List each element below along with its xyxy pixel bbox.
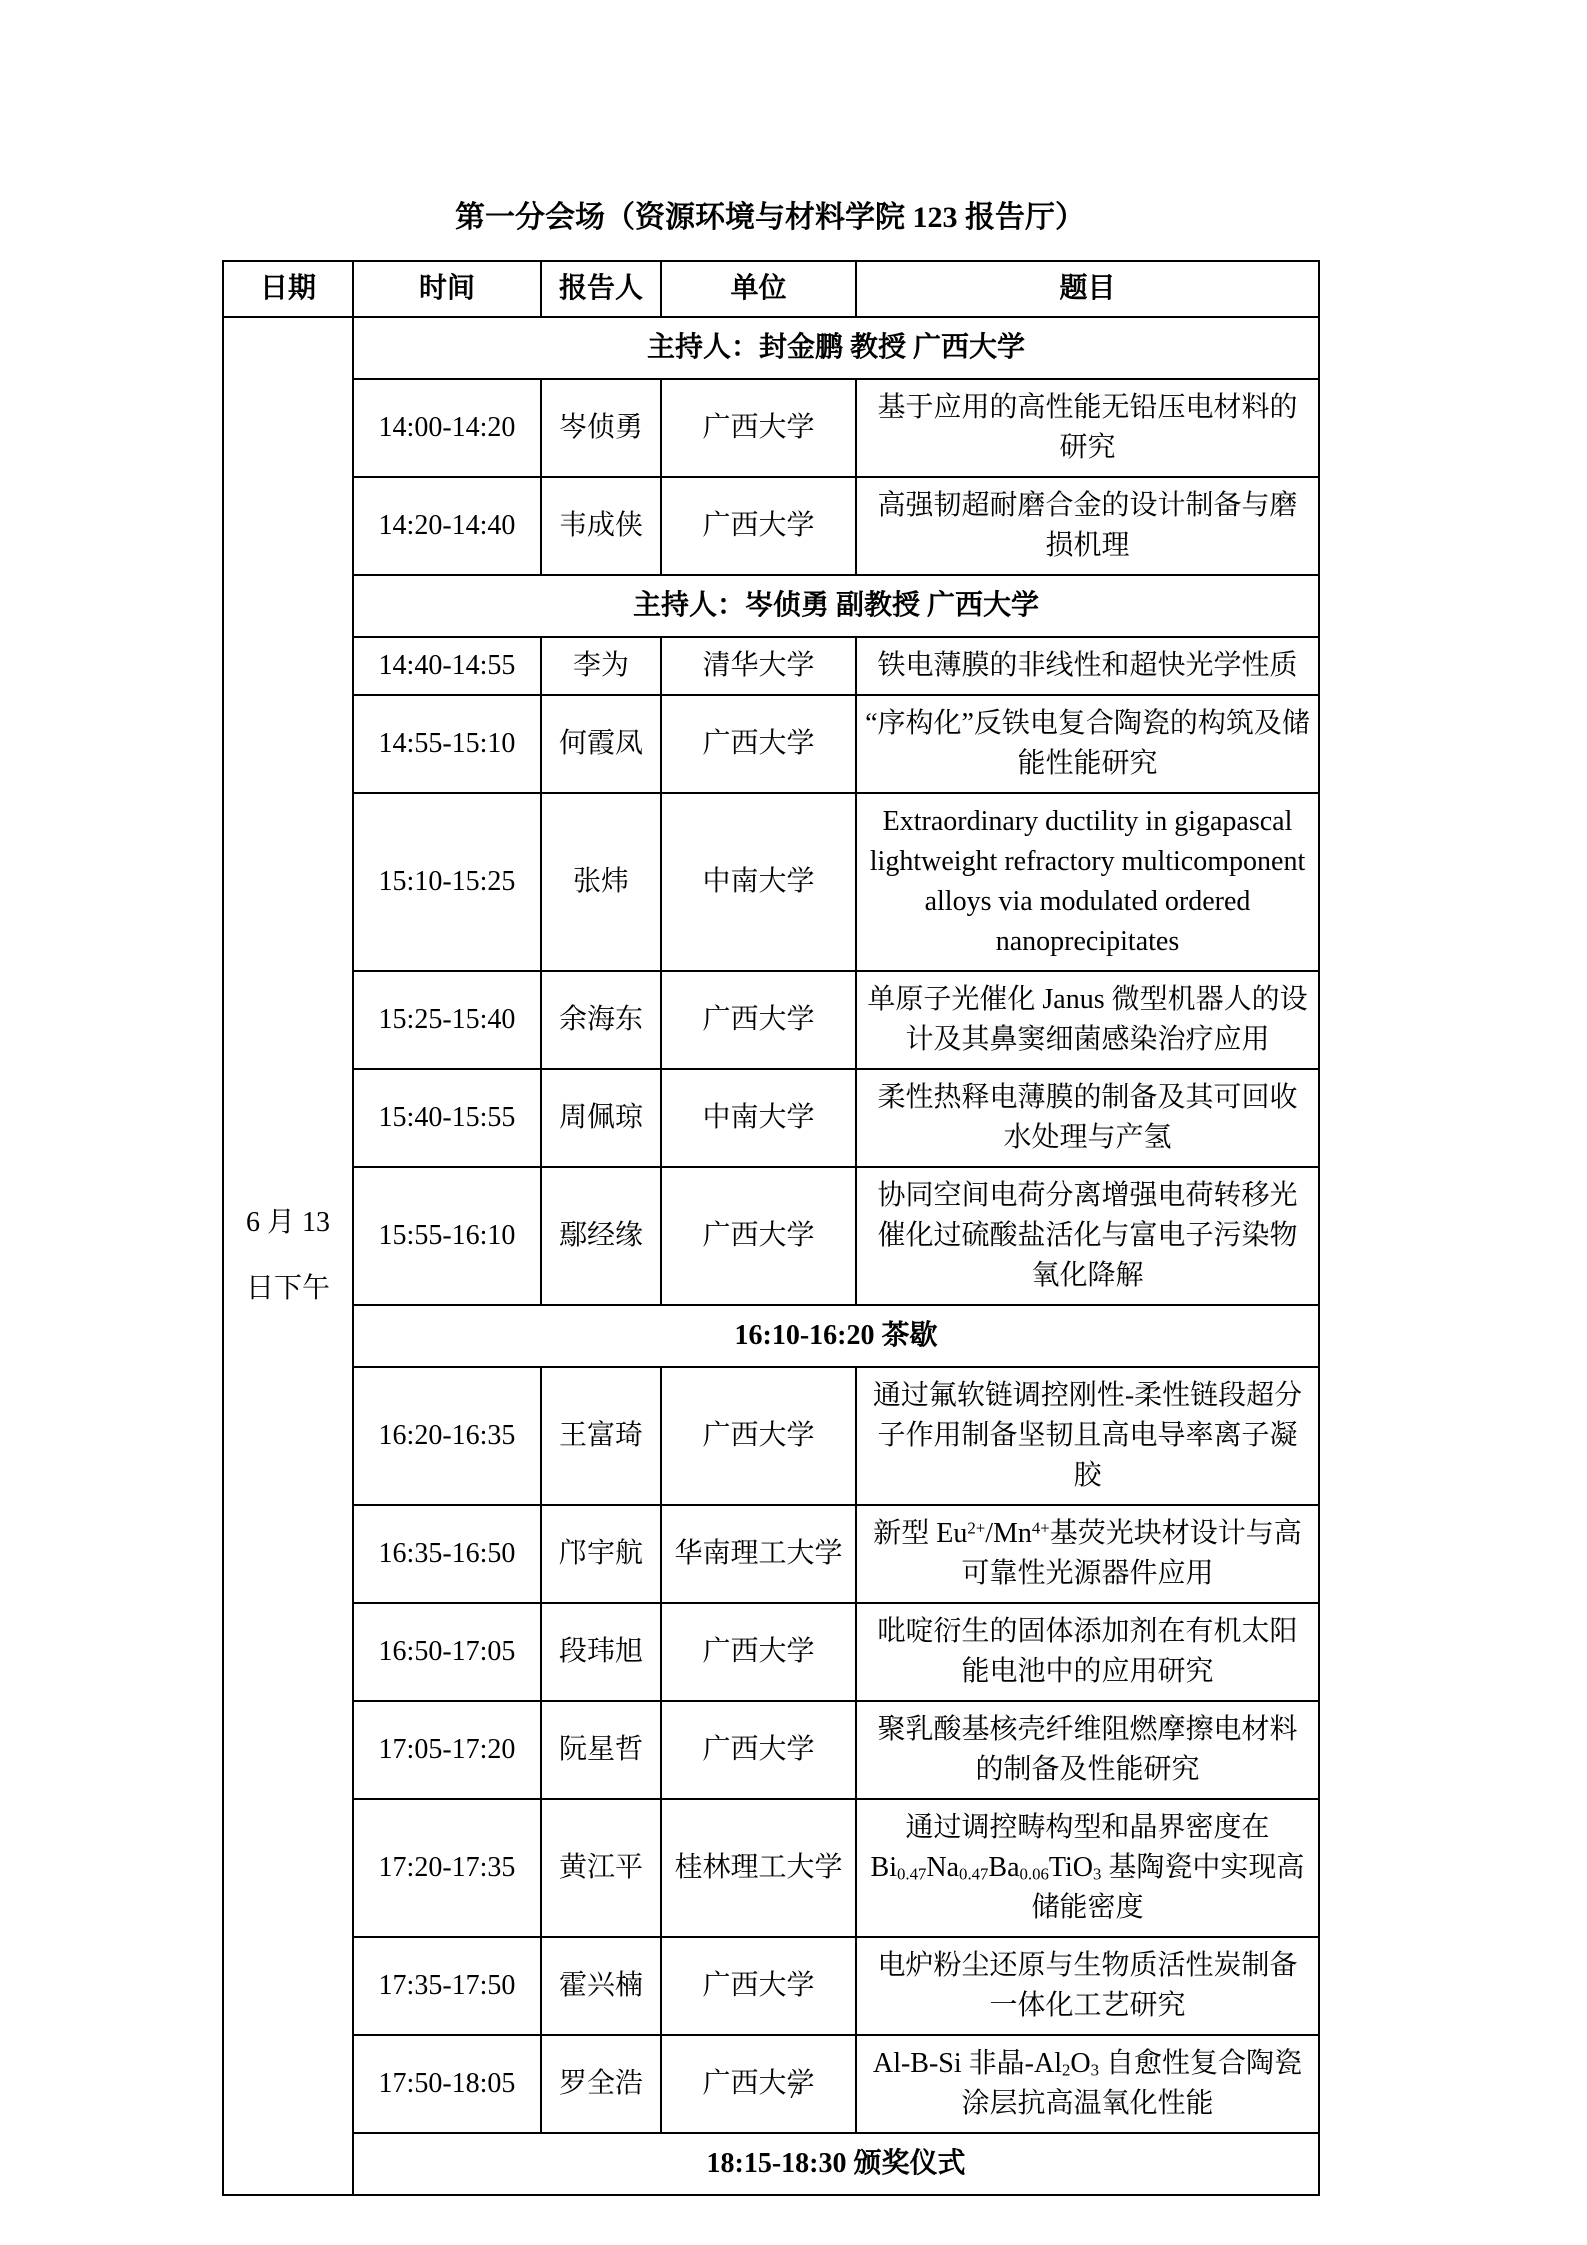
affiliation-cell: 桂林理工大学: [661, 1799, 856, 1937]
talk-row: 14:20-14:40韦成侠广西大学高强韧超耐磨合金的设计制备与磨损机理: [223, 477, 1319, 575]
time-cell: 17:35-17:50: [353, 1937, 541, 2035]
speaker-cell: 阮星哲: [541, 1701, 661, 1799]
date-line-2: 日下午: [232, 1256, 344, 1322]
session-program: 第一分会场（资源环境与材料学院 123 报告厅） 日期 时间 报告人 单位 题目…: [222, 192, 1318, 2196]
talk-title-cell: 吡啶衍生的固体添加剂在有机太阳能电池中的应用研究: [856, 1603, 1319, 1701]
col-header-affiliation: 单位: [661, 261, 856, 317]
col-header-speaker: 报告人: [541, 261, 661, 317]
talk-title-cell: “序构化”反铁电复合陶瓷的构筑及储能性能研究: [856, 695, 1319, 793]
talk-row: 17:05-17:20阮星哲广西大学聚乳酸基核壳纤维阻燃摩擦电材料的制备及性能研…: [223, 1701, 1319, 1799]
affiliation-cell: 广西大学: [661, 1367, 856, 1505]
header-row: 日期 时间 报告人 单位 题目: [223, 261, 1319, 317]
time-cell: 14:00-14:20: [353, 379, 541, 477]
schedule-table: 日期 时间 报告人 单位 题目 6 月 13日下午主持人：封金鹏 教授 广西大学…: [222, 260, 1320, 2196]
break-cell: 16:10-16:20 茶歇: [353, 1305, 1319, 1367]
talk-title-cell: 通过氟软链调控刚性-柔性链段超分子作用制备坚韧且高电导率离子凝胶: [856, 1367, 1319, 1505]
page-title: 第一分会场（资源环境与材料学院 123 报告厅）: [222, 192, 1318, 236]
talk-row: 17:35-17:50霍兴楠广西大学电炉粉尘还原与生物质活性炭制备一体化工艺研究: [223, 1937, 1319, 2035]
talk-row: 17:20-17:35黄江平桂林理工大学通过调控畴构型和晶界密度在 Bi0.47…: [223, 1799, 1319, 1937]
talk-row: 16:50-17:05段玮旭广西大学吡啶衍生的固体添加剂在有机太阳能电池中的应用…: [223, 1603, 1319, 1701]
time-cell: 14:40-14:55: [353, 637, 541, 695]
speaker-cell: 段玮旭: [541, 1603, 661, 1701]
talk-title-cell: 基于应用的高性能无铅压电材料的研究: [856, 379, 1319, 477]
affiliation-cell: 广西大学: [661, 379, 856, 477]
talk-title-cell: Extraordinary ductility in gigapascal li…: [856, 793, 1319, 971]
speaker-cell: 邝宇航: [541, 1505, 661, 1603]
talk-row: 14:00-14:20岑侦勇广西大学基于应用的高性能无铅压电材料的研究: [223, 379, 1319, 477]
col-header-title: 题目: [856, 261, 1319, 317]
document-page: { "page": { "title": "第一分会场（资源环境与材料学院 12…: [0, 0, 1587, 2245]
affiliation-cell: 华南理工大学: [661, 1505, 856, 1603]
talk-row: 15:40-15:55周佩琼中南大学柔性热释电薄膜的制备及其可回收水处理与产氢: [223, 1069, 1319, 1167]
host-cell: 主持人：岑侦勇 副教授 广西大学: [353, 575, 1319, 637]
time-cell: 15:10-15:25: [353, 793, 541, 971]
affiliation-cell: 中南大学: [661, 793, 856, 971]
speaker-cell: 霍兴楠: [541, 1937, 661, 2035]
talk-title-cell: 电炉粉尘还原与生物质活性炭制备一体化工艺研究: [856, 1937, 1319, 2035]
speaker-cell: 韦成侠: [541, 477, 661, 575]
talk-row: 14:40-14:55李为清华大学铁电薄膜的非线性和超快光学性质: [223, 637, 1319, 695]
talk-title-cell: 单原子光催化 Janus 微型机器人的设计及其鼻窦细菌感染治疗应用: [856, 971, 1319, 1069]
date-line-1: 6 月 13: [232, 1190, 344, 1256]
affiliation-cell: 广西大学: [661, 1937, 856, 2035]
affiliation-cell: 广西大学: [661, 1603, 856, 1701]
affiliation-cell: 广西大学: [661, 695, 856, 793]
time-cell: 16:35-16:50: [353, 1505, 541, 1603]
session-host-row: 主持人：岑侦勇 副教授 广西大学: [223, 575, 1319, 637]
talk-row: 15:55-16:10鄢经缘广西大学协同空间电荷分离增强电荷转移光催化过硫酸盐活…: [223, 1167, 1319, 1305]
col-header-date: 日期: [223, 261, 353, 317]
talk-title-cell: 高强韧超耐磨合金的设计制备与磨损机理: [856, 477, 1319, 575]
talk-title-cell: 协同空间电荷分离增强电荷转移光催化过硫酸盐活化与富电子污染物氧化降解: [856, 1167, 1319, 1305]
time-cell: 16:20-16:35: [353, 1367, 541, 1505]
talk-title-cell: 柔性热释电薄膜的制备及其可回收水处理与产氢: [856, 1069, 1319, 1167]
affiliation-cell: 清华大学: [661, 637, 856, 695]
time-cell: 15:40-15:55: [353, 1069, 541, 1167]
talk-title-cell: 铁电薄膜的非线性和超快光学性质: [856, 637, 1319, 695]
time-cell: 17:05-17:20: [353, 1701, 541, 1799]
speaker-cell: 周佩琼: [541, 1069, 661, 1167]
talk-title-cell: 新型 Eu2+/Mn4+基荧光块材设计与高可靠性光源器件应用: [856, 1505, 1319, 1603]
host-cell: 主持人：封金鹏 教授 广西大学: [353, 317, 1319, 379]
speaker-cell: 李为: [541, 637, 661, 695]
speaker-cell: 张炜: [541, 793, 661, 971]
col-header-time: 时间: [353, 261, 541, 317]
speaker-cell: 余海东: [541, 971, 661, 1069]
date-cell: 6 月 13日下午: [223, 317, 353, 2195]
talk-row: 15:25-15:40余海东广西大学单原子光催化 Janus 微型机器人的设计及…: [223, 971, 1319, 1069]
speaker-cell: 黄江平: [541, 1799, 661, 1937]
affiliation-cell: 广西大学: [661, 971, 856, 1069]
talk-title-cell: 聚乳酸基核壳纤维阻燃摩擦电材料的制备及性能研究: [856, 1701, 1319, 1799]
talk-row: 15:10-15:25张炜中南大学Extraordinary ductility…: [223, 793, 1319, 971]
speaker-cell: 鄢经缘: [541, 1167, 661, 1305]
time-cell: 16:50-17:05: [353, 1603, 541, 1701]
time-cell: 14:55-15:10: [353, 695, 541, 793]
award-cell: 18:15-18:30 颁奖仪式: [353, 2133, 1319, 2195]
speaker-cell: 王富琦: [541, 1367, 661, 1505]
time-cell: 15:55-16:10: [353, 1167, 541, 1305]
talk-row: 16:35-16:50邝宇航华南理工大学新型 Eu2+/Mn4+基荧光块材设计与…: [223, 1505, 1319, 1603]
time-cell: 14:20-14:40: [353, 477, 541, 575]
tea-break-row: 16:10-16:20 茶歇: [223, 1305, 1319, 1367]
affiliation-cell: 中南大学: [661, 1069, 856, 1167]
affiliation-cell: 广西大学: [661, 477, 856, 575]
talk-row: 16:20-16:35王富琦广西大学通过氟软链调控刚性-柔性链段超分子作用制备坚…: [223, 1367, 1319, 1505]
time-cell: 17:20-17:35: [353, 1799, 541, 1937]
affiliation-cell: 广西大学: [661, 1167, 856, 1305]
session-host-row: 6 月 13日下午主持人：封金鹏 教授 广西大学: [223, 317, 1319, 379]
time-cell: 15:25-15:40: [353, 971, 541, 1069]
award-ceremony-row: 18:15-18:30 颁奖仪式: [223, 2133, 1319, 2195]
speaker-cell: 岑侦勇: [541, 379, 661, 477]
talk-title-cell: 通过调控畴构型和晶界密度在 Bi0.47Na0.47Ba0.06TiO3 基陶瓷…: [856, 1799, 1319, 1937]
speaker-cell: 何霞凤: [541, 695, 661, 793]
affiliation-cell: 广西大学: [661, 1701, 856, 1799]
page-number: 7: [0, 2078, 1587, 2104]
talk-row: 14:55-15:10何霞凤广西大学“序构化”反铁电复合陶瓷的构筑及储能性能研究: [223, 695, 1319, 793]
